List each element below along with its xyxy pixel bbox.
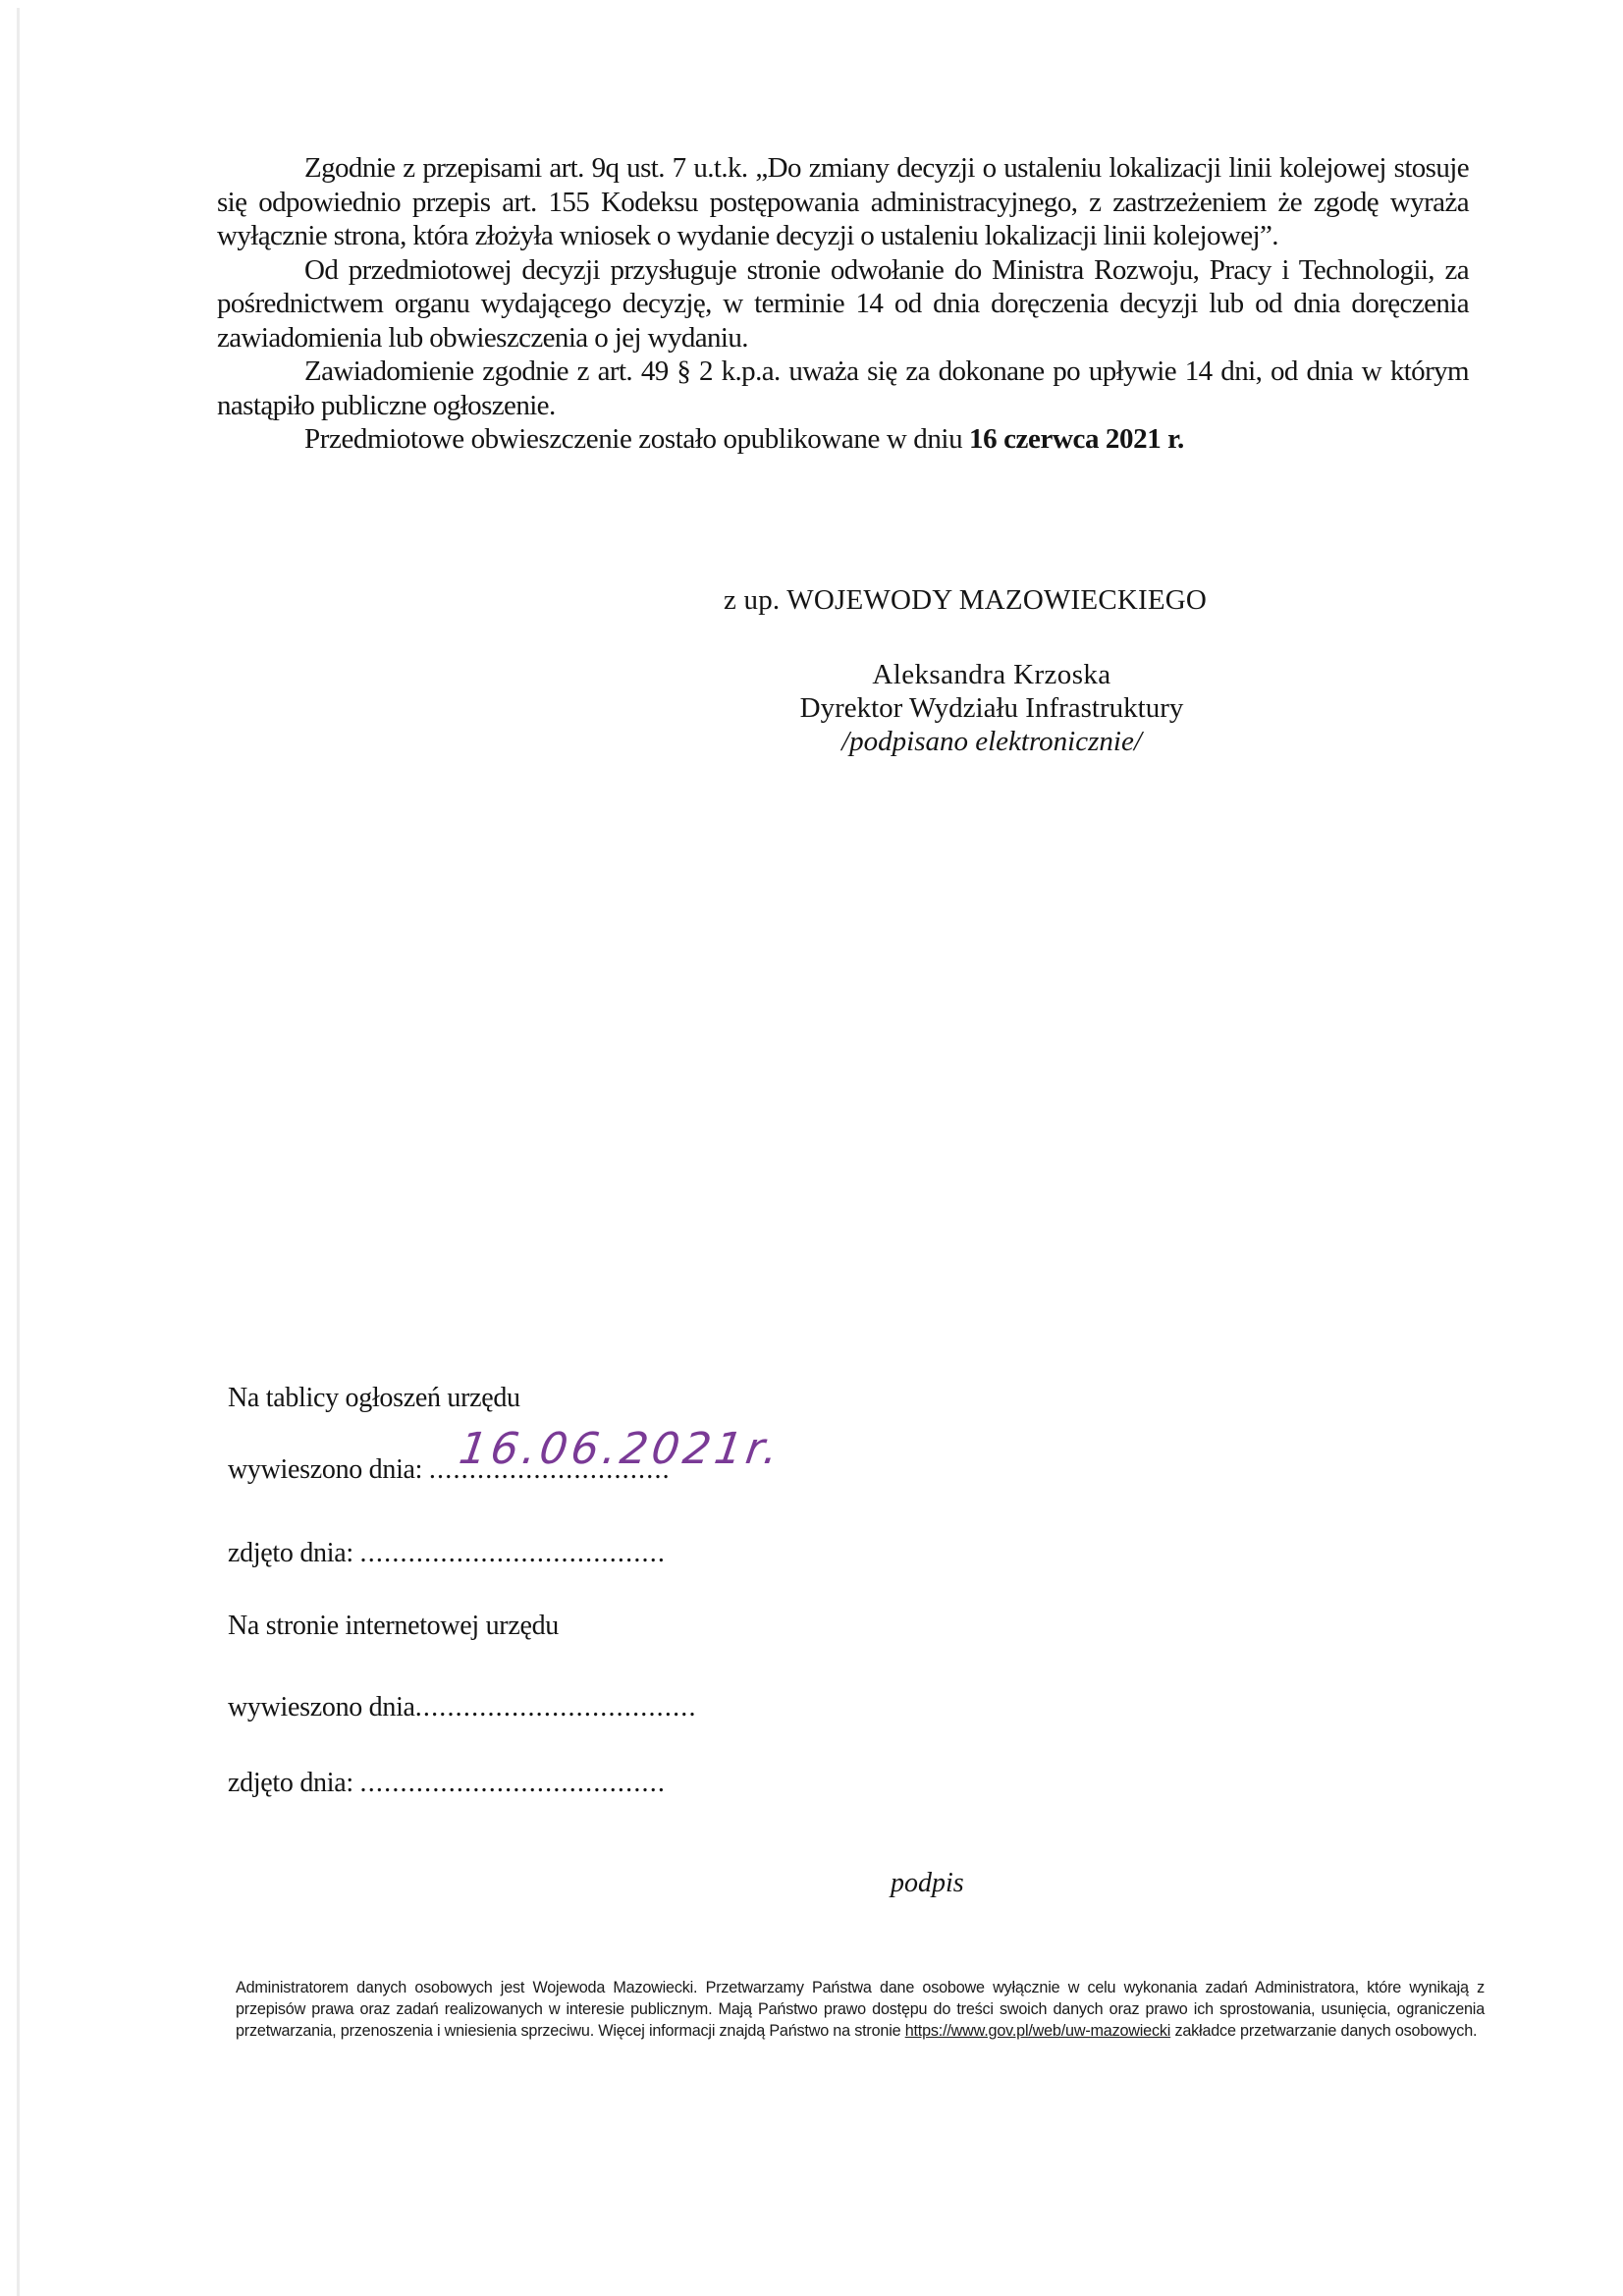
handwritten-posted-date: 16.06.2021r.: [456, 1424, 784, 1474]
gdpr-link[interactable]: https://www.gov.pl/web/uw-mazowiecki: [905, 2022, 1170, 2040]
gdpr-footer: Administratorem danych osobowych jest Wo…: [236, 1977, 1485, 2042]
paragraph-change-of-decision: Zgodnie z przepisami art. 9q ust. 7 u.t.…: [217, 151, 1469, 253]
signature-authority: z up. WOJEWODY MAZOWIECKIEGO: [724, 583, 1207, 617]
signatory-name: Aleksandra Krzoska: [766, 658, 1217, 691]
website-removed-label: zdjęto dnia:: [228, 1768, 360, 1798]
scan-edge-line: [17, 8, 20, 2296]
notice-board-posted-label: wywieszono dnia:: [228, 1454, 429, 1485]
notice-board-removed-dots: ......................................: [360, 1538, 667, 1568]
website-heading: Na stronie internetowej urzędu: [228, 1611, 559, 1642]
website-posted-dots: ...................................: [415, 1692, 697, 1722]
publication-date-lead: Przedmiotowe obwieszczenie zostało opubl…: [304, 423, 969, 455]
signature-caption: podpis: [891, 1868, 964, 1899]
publication-date: 16 czerwca 2021 r.: [969, 423, 1184, 455]
signature-block: Aleksandra Krzoska Dyrektor Wydziału Inf…: [766, 658, 1217, 758]
website-posted-field: wywieszono dnia.........................…: [228, 1692, 697, 1723]
website-removed-dots: ......................................: [360, 1768, 667, 1798]
signatory-position: Dyrektor Wydziału Infrastruktury: [766, 691, 1217, 725]
paragraph-appeal-info: Od przedmiotowej decyzji przysługuje str…: [217, 253, 1469, 355]
notice-board-removed-label: zdjęto dnia:: [228, 1538, 360, 1568]
notice-board-removed-field: zdjęto dnia: ...........................…: [228, 1538, 666, 1569]
paragraph-publication-date: Przedmiotowe obwieszczenie zostało opubl…: [217, 422, 1469, 457]
notice-board-heading: Na tablicy ogłoszeń urzędu: [228, 1383, 520, 1414]
gdpr-text-end: zakładce przetwarzanie danych osobowych.: [1170, 2022, 1477, 2040]
paragraph-notification: Zawiadomienie zgodnie z art. 49 § 2 k.p.…: [217, 355, 1469, 422]
electronic-signature-note: /podpisano elektronicznie/: [766, 725, 1217, 758]
legal-notice-body: Zgodnie z przepisami art. 9q ust. 7 u.t.…: [217, 151, 1469, 457]
website-posted-label: wywieszono dnia: [228, 1692, 415, 1722]
website-removed-field: zdjęto dnia: ...........................…: [228, 1768, 666, 1799]
